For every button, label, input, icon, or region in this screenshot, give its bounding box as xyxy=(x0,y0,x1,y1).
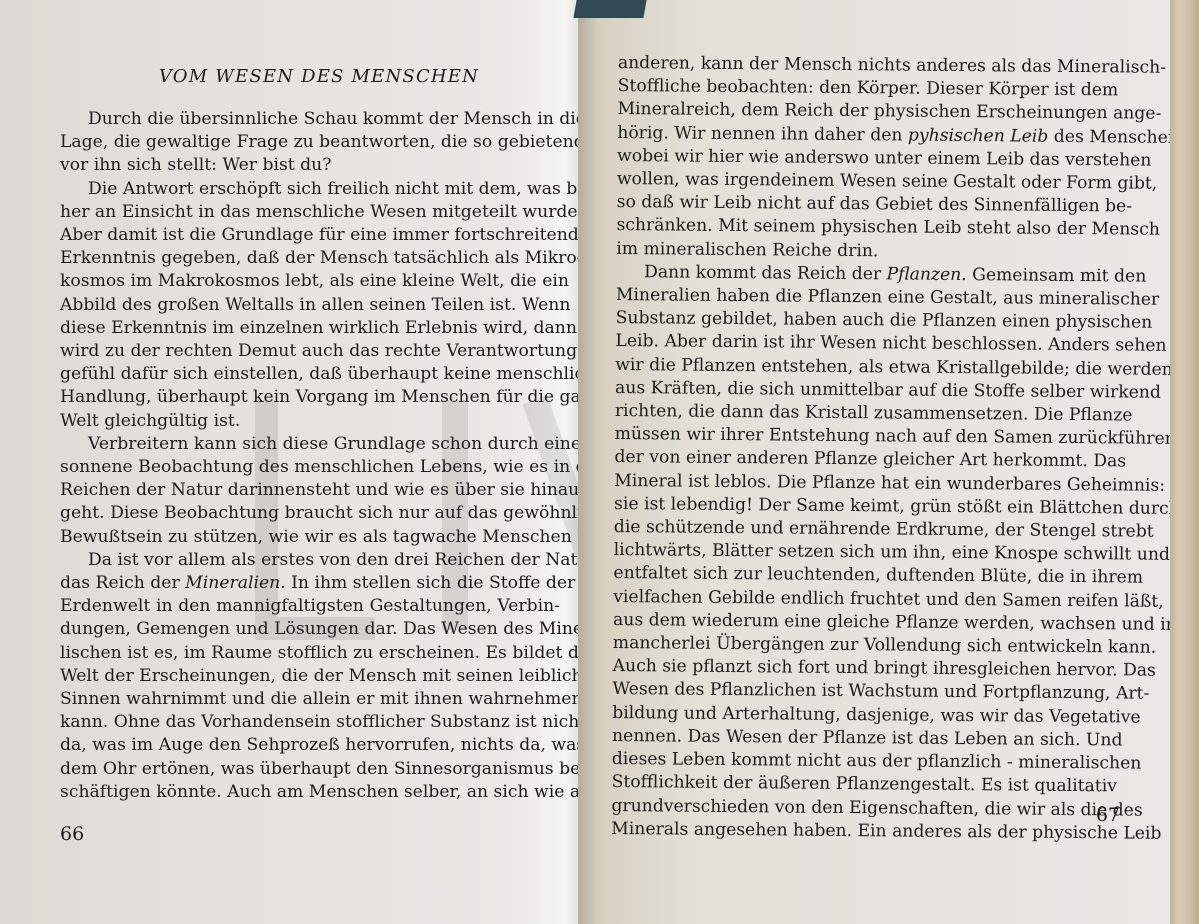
text-line: da, was im Auge den Sehprozeß hervorrufe… xyxy=(60,734,560,757)
paragraph: Die Antwort erschöpft sich freilich nich… xyxy=(60,178,560,433)
text-line: Sinnen wahrnimmt und die allein er mit i… xyxy=(60,688,560,711)
text-line: Welt der Erscheinungen, die der Mensch m… xyxy=(60,665,560,688)
text-line: Verbreitern kann sich diese Grundlage sc… xyxy=(60,433,560,456)
text-line: Erkenntnis gegeben, daß der Mensch tatsä… xyxy=(60,247,560,270)
text-line: kann. Ohne das Vorhandensein stofflicher… xyxy=(60,711,560,734)
text-line: Aber damit ist die Grundlage für eine im… xyxy=(60,224,560,247)
text-line: schäftigen könnte. Auch am Menschen selb… xyxy=(60,781,560,804)
background-gap xyxy=(573,0,646,18)
text-line: Erdenwelt in den mannigfaltigsten Gestal… xyxy=(60,595,560,618)
paragraph: Durch die übersinnliche Schau kommt der … xyxy=(60,108,560,178)
text-line: Abbild des großen Weltalls in allen sein… xyxy=(60,294,560,317)
text-line: her an Einsicht in das menschliche Wesen… xyxy=(60,201,560,224)
text-line: Da ist vor allem als erstes von den drei… xyxy=(60,549,560,572)
text-line: kosmos im Makrokosmos lebt, als eine kle… xyxy=(60,270,560,293)
text-line: wird zu der rechten Demut auch das recht… xyxy=(60,340,560,363)
paragraph: anderen, kann der Mensch nichts anderes … xyxy=(616,52,1118,265)
left-page-body: Durch die übersinnliche Schau kommt der … xyxy=(60,108,560,804)
page-number-right: 67 xyxy=(1096,804,1120,826)
text-line: Minerals angesehen haben. Ein anderes al… xyxy=(611,818,1111,846)
paragraph: Da ist vor allem als erstes von den drei… xyxy=(60,549,560,804)
text-line: Handlung, überhaupt kein Vorgang im Mens… xyxy=(60,386,560,409)
text-line: sonnene Beobachtung des menschlichen Leb… xyxy=(60,456,560,479)
right-page-body: anderen, kann der Mensch nichts anderes … xyxy=(611,52,1118,845)
text-line: das Reich der Mineralien. In ihm stellen… xyxy=(60,572,560,595)
text-line: dem Ohr ertönen, was überhaupt den Sinne… xyxy=(60,758,560,781)
text-line: Durch die übersinnliche Schau kommt der … xyxy=(60,108,560,131)
text-line: geht. Diese Beobachtung braucht sich nur… xyxy=(60,502,560,525)
emphasis: Mineralien. xyxy=(185,573,286,593)
text-line: gefühl dafür sich einstellen, daß überha… xyxy=(60,363,560,386)
book-fore-edge xyxy=(1170,0,1199,924)
emphasis: Pflanzen. xyxy=(886,264,966,285)
text-line: Die Antwort erschöpft sich freilich nich… xyxy=(60,178,560,201)
paragraph: Dann kommt das Reich der Pflanzen. Gemei… xyxy=(611,261,1116,845)
text-line: vor ihn sich stellt: Wer bist du? xyxy=(60,154,560,177)
open-book-spread: VOM WESEN DES MENSCHEN Durch die übersin… xyxy=(0,0,1199,924)
text-line: Bewußtsein zu stützen, wie wir es als ta… xyxy=(60,526,560,549)
text-line: diese Erkenntnis im einzelnen wirklich E… xyxy=(60,317,560,340)
left-page: VOM WESEN DES MENSCHEN Durch die übersin… xyxy=(0,0,578,924)
text-line: Lage, die gewaltige Frage zu beantworten… xyxy=(60,131,560,154)
right-page: anderen, kann der Mensch nichts anderes … xyxy=(578,0,1170,924)
paragraph: Verbreitern kann sich diese Grundlage sc… xyxy=(60,433,560,549)
text-line: lischen ist es, im Raume stofflich zu er… xyxy=(60,642,560,665)
text-line: Reichen der Natur darinnensteht und wie … xyxy=(60,479,560,502)
page-number-left: 66 xyxy=(60,823,84,845)
running-title: VOM WESEN DES MENSCHEN xyxy=(0,66,578,87)
text-line: dungen, Gemengen und Lösungen dar. Das W… xyxy=(60,618,560,641)
emphasis: pyhsischen Leib xyxy=(908,125,1049,146)
text-line: Welt gleichgültig ist. xyxy=(60,410,560,433)
